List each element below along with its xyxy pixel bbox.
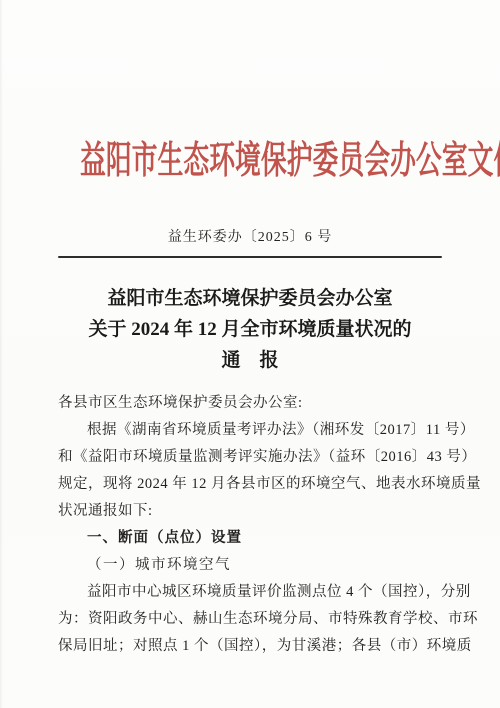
- body-line: 和《益阳市环境质量监测考评实施办法》（益环〔2016〕43 号）: [58, 444, 444, 471]
- body-line: 为：资阳政务中心、赫山生态环境分局、市特殊教育学校、市环: [58, 606, 444, 633]
- body-line: （一）城市环境空气: [58, 552, 444, 579]
- document-body: 各县市区生态环境保护委员会办公室:根据《湖南省环境质量考评办法》（湘环发〔201…: [58, 390, 444, 660]
- letterhead-divider: [58, 256, 442, 258]
- body-line: 规定，现将 2024 年 12 月各县市区的环境空气、地表水环境质量: [58, 471, 444, 498]
- body-line: 保局旧址；对照点 1 个（国控），为甘溪港；各县（市）环境质: [58, 633, 444, 660]
- document-page: 益阳市生态环境保护委员会办公室文件 益生环委办〔2025〕6 号 益阳市生态环境…: [0, 0, 500, 708]
- document-title: 益阳市生态环境保护委员会办公室 关于 2024 年 12 月全市环境质量状况的 …: [0, 283, 500, 376]
- letterhead-title: 益阳市生态环境保护委员会办公室文件: [80, 138, 420, 184]
- body-line: 益阳市中心城区环境质量评价监测点位 4 个（国控），分别: [58, 579, 444, 606]
- body-line: 一、断面（点位）设置: [58, 525, 444, 552]
- document-number: 益生环委办〔2025〕6 号: [0, 226, 500, 246]
- document-title-line-1: 益阳市生态环境保护委员会办公室: [0, 283, 500, 314]
- body-line: 根据《湖南省环境质量考评办法》（湘环发〔2017〕11 号）: [58, 417, 444, 444]
- document-title-line-3: 通 报: [0, 345, 500, 376]
- body-line: 各县市区生态环境保护委员会办公室:: [58, 390, 444, 417]
- body-line: 状况通报如下:: [58, 498, 444, 525]
- document-title-line-2: 关于 2024 年 12 月全市环境质量状况的: [0, 314, 500, 345]
